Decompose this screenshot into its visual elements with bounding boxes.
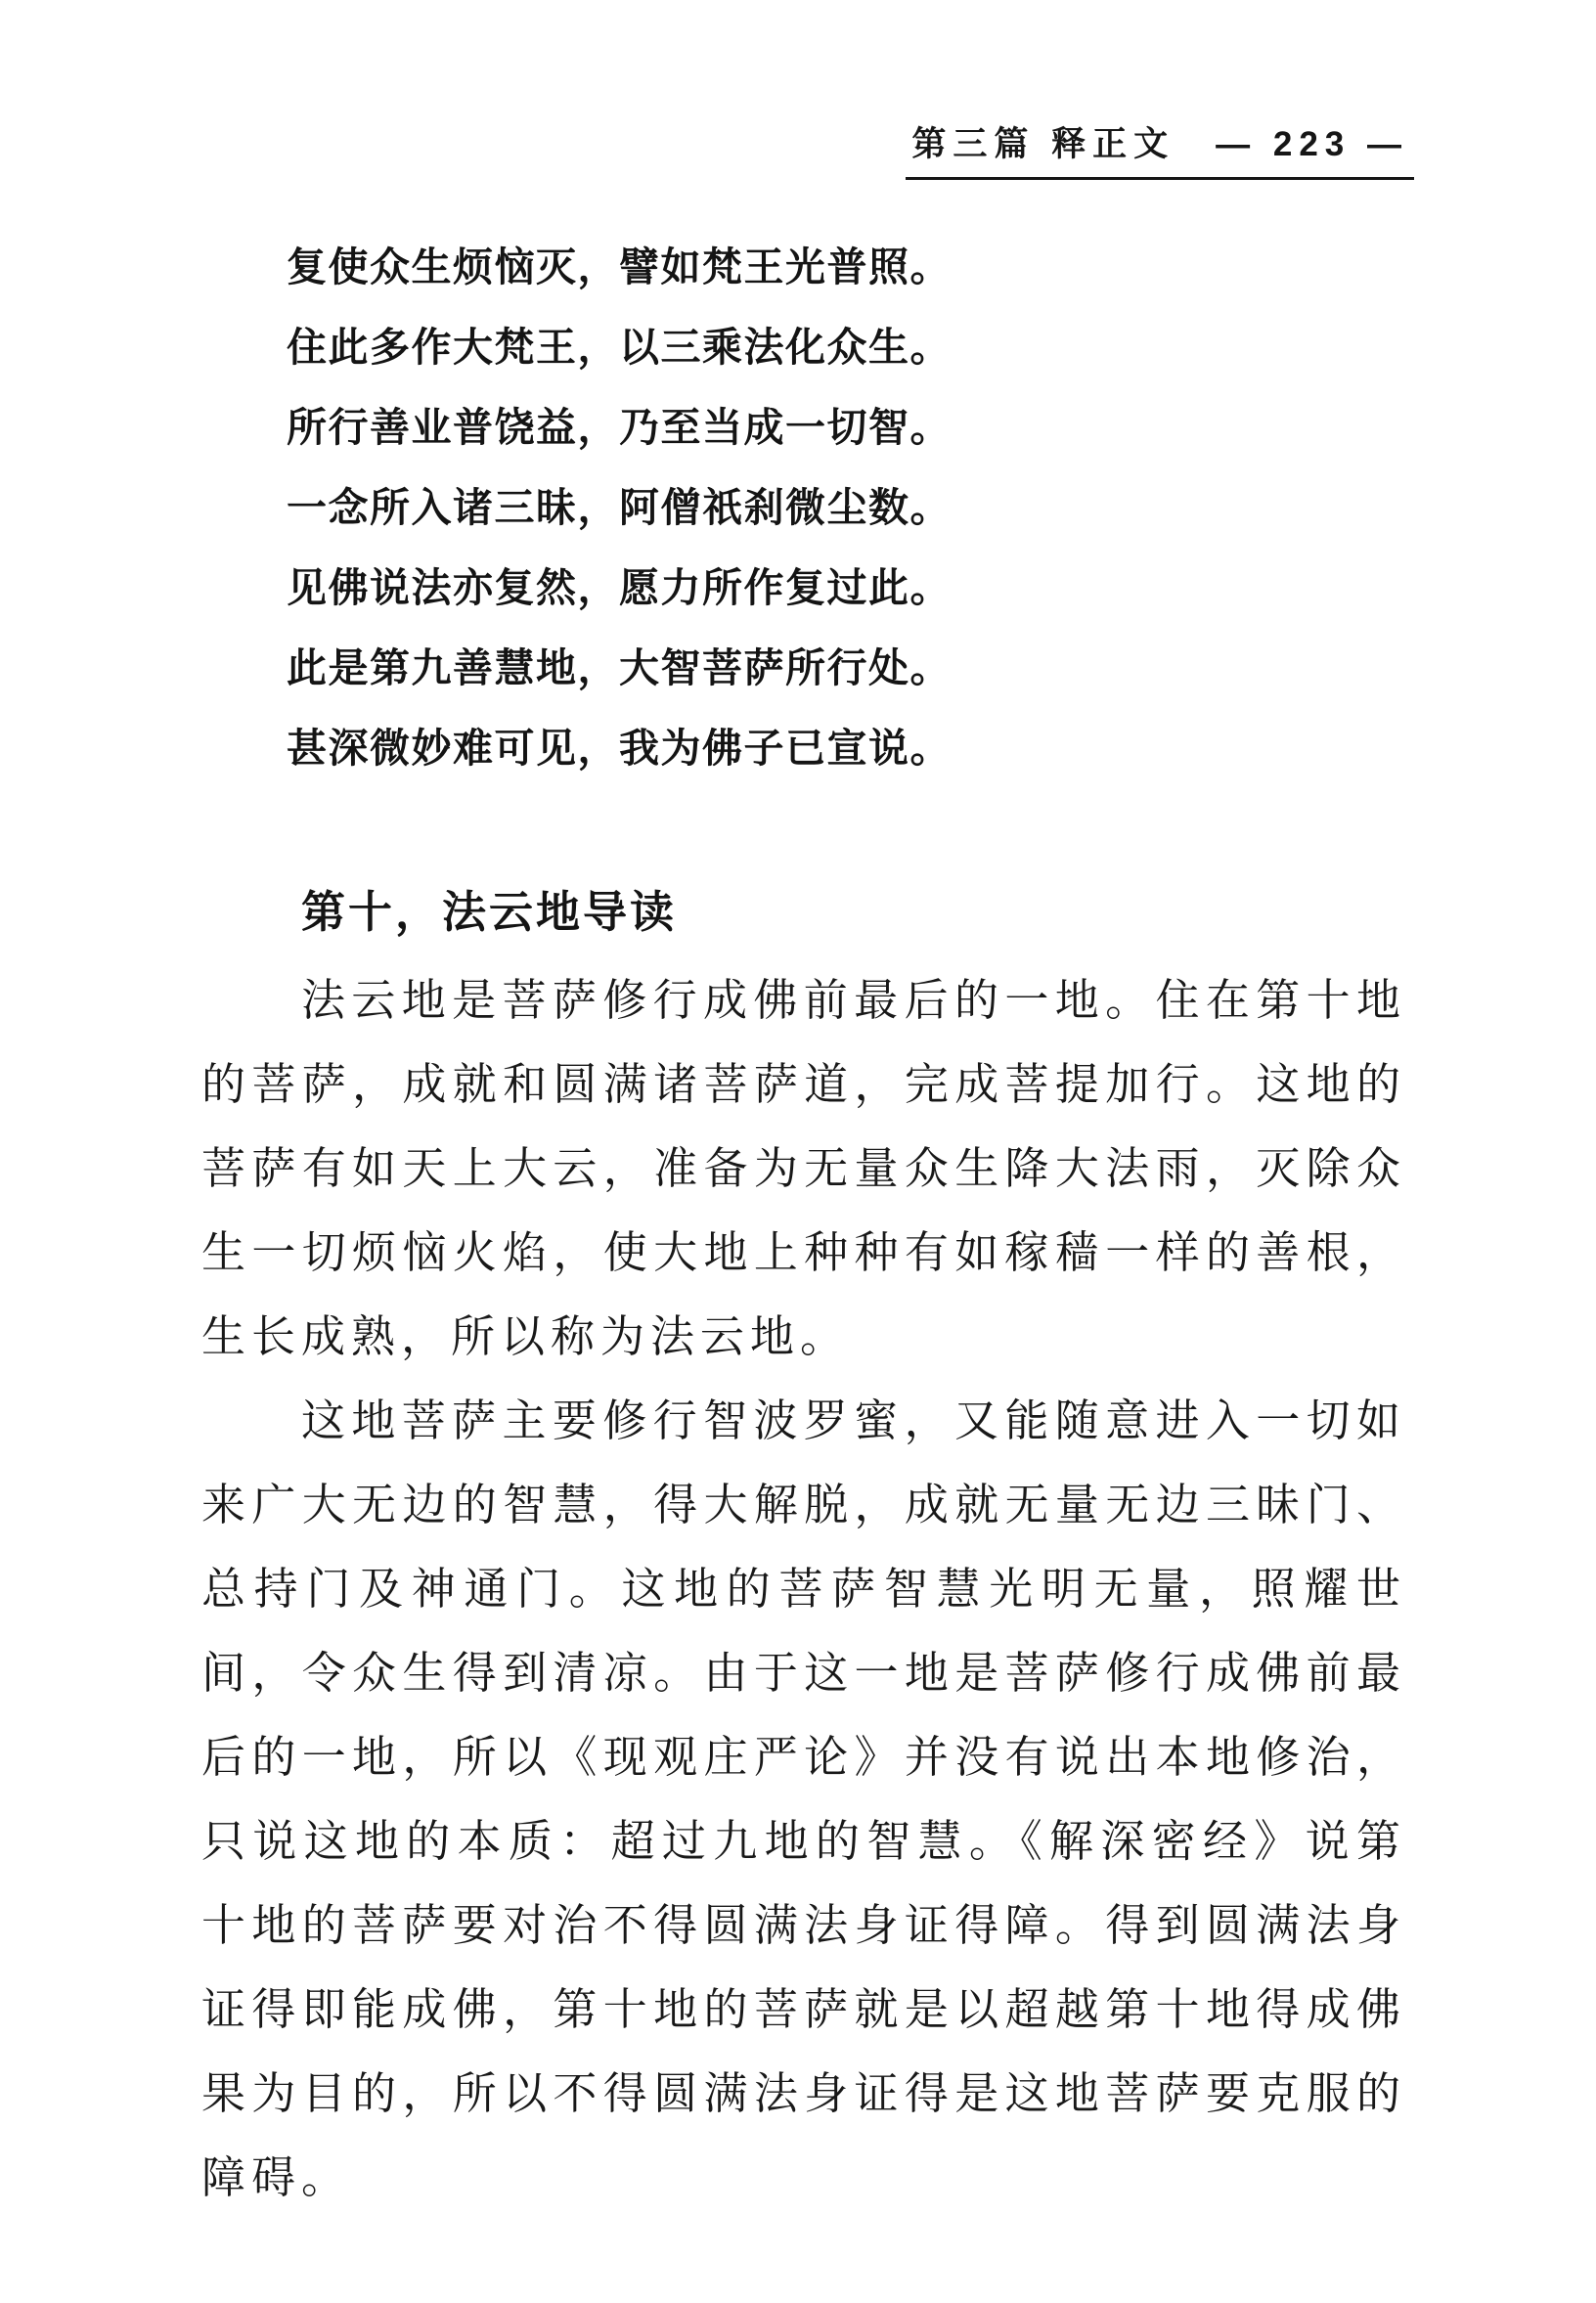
header-text-line: 第三篇 释正文 — 223 — [911,117,1408,166]
verse-block: 复使众生烦恼灭，譬如梵王光普照。 住此多作大梵王，以三乘法化众生。 所行善业普饶… [287,227,952,788]
body-text: 法云地是菩萨修行成佛前最后的一地。住在第十地的菩萨，成就和圆满诸菩萨道，完成菩提… [201,958,1406,2220]
paragraph: 这地菩萨主要修行智波罗蜜，又能随意进入一切如来广大无边的智慧，得大解脱，成就无量… [201,1379,1406,2220]
verse-line: 所行善业普饶益，乃至当成一切智。 [287,387,952,467]
header-page-number: — 223 — [1216,125,1408,164]
verse-line: 住此多作大梵王，以三乘法化众生。 [287,307,952,387]
paragraph: 法云地是菩萨修行成佛前最后的一地。住在第十地的菩萨，成就和圆满诸菩萨道，完成菩提… [201,958,1406,1379]
verse-line: 此是第九善慧地，大智菩萨所行处。 [287,628,952,708]
verse-line: 见佛说法亦复然，愿力所作复过此。 [287,548,952,628]
header-rule [906,177,1414,180]
page-header: 第三篇 释正文 — 223 — [911,117,1408,180]
book-page: 第三篇 释正文 — 223 — 复使众生烦恼灭，譬如梵王光普照。 住此多作大梵王… [0,0,1596,2303]
verse-line: 甚深微妙难可见，我为佛子已宣说。 [287,708,952,788]
header-section-title: 第三篇 释正文 [911,117,1175,166]
verse-line: 复使众生烦恼灭，譬如梵王光普照。 [287,227,952,307]
verse-line: 一念所入诸三昧，阿僧祇刹微尘数。 [287,467,952,548]
section-heading: 第十，法云地导读 [301,876,677,940]
